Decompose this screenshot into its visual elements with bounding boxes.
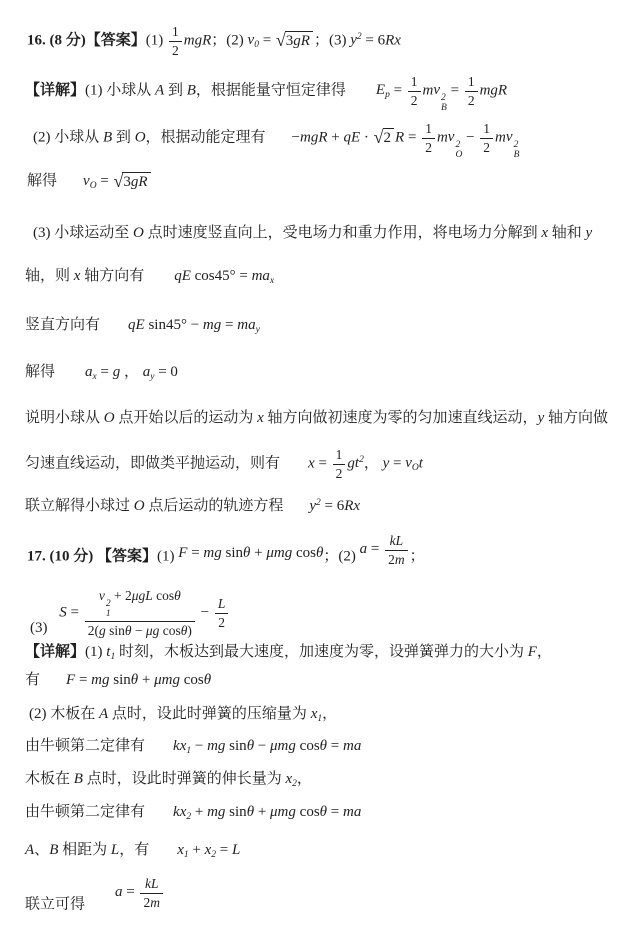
text: (1) <box>157 548 178 564</box>
q17-newton-a-line: 由牛顿第二定律有kx1 − mg sinθ − μmg cosθ = ma <box>25 737 361 758</box>
text: 时刻，木板达到最大速度，加速度为零，设弹簧弹力的大小为 <box>115 644 528 660</box>
text: 2 <box>425 140 432 155</box>
fraction-numerator: L <box>215 596 229 614</box>
math-italic: θ <box>247 804 254 820</box>
text: 1 <box>172 24 179 39</box>
text: ， <box>322 706 337 722</box>
text: 木板在 <box>25 771 74 787</box>
math-variable: v21 <box>99 588 111 603</box>
fraction-denominator: 2m <box>140 894 163 911</box>
fraction-numerator: kL <box>140 876 163 894</box>
fraction: 12 <box>422 121 435 155</box>
math-italic: L <box>232 842 240 858</box>
text: 到 <box>112 129 135 145</box>
text: cos <box>153 588 174 603</box>
radicand: 2 <box>383 128 395 148</box>
fraction: 12 <box>333 447 346 481</box>
text: 2 <box>411 93 418 108</box>
math-italic: F <box>66 672 75 688</box>
math-italic: y <box>586 225 593 241</box>
text: 1 <box>411 74 418 89</box>
fraction: kL2m <box>385 533 408 567</box>
math-italic: kL <box>145 876 159 891</box>
text: = <box>367 541 383 557</box>
radicand: 3gR <box>285 31 313 51</box>
math-italic: mg <box>203 317 221 333</box>
q17-distance-line: A、B 相距为 L，有x1 + x2 = L <box>25 841 240 862</box>
text: = 6 <box>362 32 385 48</box>
text: ， <box>364 455 383 471</box>
math-variable: x2 <box>205 842 216 858</box>
text: − <box>132 623 146 638</box>
math-variable: v2B <box>506 129 519 145</box>
math-variable: x1 <box>311 706 322 722</box>
text: 2 <box>218 615 225 630</box>
fraction-numerator: v21 + 2μgL cosθ <box>85 588 195 622</box>
text: 轴，则 <box>25 268 74 284</box>
math-variable: x1 <box>180 738 191 754</box>
square-root: √3gR <box>276 31 313 51</box>
text: = 6 <box>321 498 344 514</box>
text: (1) <box>85 644 106 660</box>
text: 2 <box>388 552 395 567</box>
math-variable: ax <box>262 268 274 284</box>
text: (2) 木板在 <box>29 706 99 722</box>
math-italic: m <box>395 552 405 567</box>
math-italic: a <box>115 884 123 900</box>
text: 由牛顿第二定律有 <box>25 738 145 754</box>
text: = <box>327 804 343 820</box>
fraction-numerator: 1 <box>422 121 435 139</box>
q17-detail-line1: 【详解】(1) t1 时刻，木板达到最大速度，加速度为零，设弹簧弹力的大小为 F… <box>25 643 552 664</box>
text: = <box>187 545 203 561</box>
text: · <box>360 129 373 145</box>
text: 2 <box>384 130 392 146</box>
text: = <box>75 672 91 688</box>
math-italic: a <box>360 541 368 557</box>
math-italic: mgR <box>480 82 508 98</box>
square-root: √2 <box>374 128 394 148</box>
text: 轴和 <box>548 225 586 241</box>
text: 2 <box>468 93 475 108</box>
text: = <box>447 82 463 98</box>
text: 匀速直线运动，即做类平抛运动，则有 <box>25 455 280 471</box>
text: sin45° − <box>145 317 203 333</box>
text: − <box>462 129 478 145</box>
math-italic: m <box>437 129 448 145</box>
fraction-denominator: 2 <box>408 92 421 109</box>
math-italic: m <box>150 895 160 910</box>
text: (3) 小球运动至 <box>33 225 133 241</box>
q16-detail-energy-line: 【详解】(1) 小球从 A 到 B，根据能量守恒定律得Ep = 12mv2B =… <box>25 74 507 114</box>
math-variable: x2 <box>180 804 191 820</box>
text: 2( <box>88 623 99 638</box>
text: = <box>67 605 83 621</box>
text: = <box>389 455 405 471</box>
fraction-denominator: 2 <box>480 139 493 156</box>
q16-x-axis-eq-line: 轴，则 x 轴方向有qE cos45° = max <box>25 267 274 288</box>
q17-answer-line: 17. (10 分) 【答案】(1) F = mg sinθ + μmg cos… <box>27 540 425 574</box>
text: 由牛顿第二定律有 <box>25 804 145 820</box>
fraction-denominator: 2 <box>169 42 182 59</box>
q17-result-line: 联立可得a = kL2m <box>25 888 165 922</box>
math-variable: Ep <box>376 82 390 98</box>
math-variable: vO <box>405 455 419 471</box>
text: sin <box>222 545 243 561</box>
text: + 2 <box>111 588 132 603</box>
text: (1) 小球从 <box>85 82 155 98</box>
text: 1 <box>336 447 343 462</box>
q17-force-eq-line: 有F = mg sinθ + μmg cosθ <box>25 671 211 690</box>
math-italic: qE <box>128 317 145 333</box>
q16-part3-intro-line: (3) 小球运动至 O 点时速度竖直向上，受电场力和重力作用，将电场力分解到 x… <box>33 224 592 243</box>
text: cos <box>296 804 320 820</box>
math-italic: ma <box>343 804 361 820</box>
math-italic: B <box>74 771 83 787</box>
math-italic: m <box>423 82 434 98</box>
math-italic: gR <box>131 174 148 190</box>
text: + <box>250 545 266 561</box>
text: sin <box>110 672 131 688</box>
fraction-denominator: 2 <box>422 139 435 156</box>
math-italic: mg <box>203 545 221 561</box>
text: = <box>390 82 406 98</box>
q16-y-axis-eq-line: 竖直方向有qE sin45° − mg = may <box>25 316 260 337</box>
text: − <box>292 129 300 145</box>
bold-text: (10 分) <box>50 548 94 564</box>
math-italic: L <box>218 596 226 611</box>
math-italic: qE <box>343 129 360 145</box>
math-variable: t2 <box>355 455 364 471</box>
text: cos <box>296 738 320 754</box>
fraction-numerator: 1 <box>465 74 478 92</box>
q16-trajectory-line: 联立解得小球过 O 点后运动的轨迹方程y2 = 6Rx <box>25 497 360 516</box>
math-italic: Rx <box>385 32 401 48</box>
text: = <box>259 32 275 48</box>
text: ；(2) <box>323 548 359 564</box>
math-variable: v2O <box>448 129 463 145</box>
text: cos <box>292 545 316 561</box>
math-italic: O <box>104 410 115 426</box>
text: ， <box>297 771 312 787</box>
math-variable: y2 <box>309 498 320 514</box>
text: 相距为 <box>58 842 111 858</box>
bold-text: 【详解】 <box>25 82 85 98</box>
text: 点时速度竖直向上，受电场力和重力作用，将电场力分解到 <box>144 225 542 241</box>
fraction-denominator: 2 <box>465 92 478 109</box>
bold-text: 【答案】 <box>97 548 157 564</box>
text: ；(3) <box>314 32 350 48</box>
q17-part2-intro-line: (2) 木板在 A 点时，设此时弹簧的压缩量为 x1， <box>29 705 337 726</box>
math-italic: O <box>133 225 144 241</box>
math-italic: θ <box>174 588 181 603</box>
math-italic: μmg <box>154 672 180 688</box>
math-italic: gR <box>293 33 310 49</box>
text: ，根据动能定理有 <box>146 129 266 145</box>
text: cos <box>180 672 204 688</box>
math-italic: m <box>237 317 248 333</box>
fraction: 12 <box>465 74 478 108</box>
square-root: √3gR <box>114 172 151 192</box>
text: 轴方向有 <box>80 268 144 284</box>
math-italic: mgR <box>184 32 212 48</box>
text: sin <box>225 804 246 820</box>
text: = <box>97 364 113 380</box>
q16-solve-v0-line: 解得vO = √3gR <box>27 172 152 193</box>
text: − <box>191 738 207 754</box>
math-italic: μmg <box>270 804 296 820</box>
math-italic: qE <box>174 268 191 284</box>
math-italic: θ <box>204 672 211 688</box>
math-italic: A <box>155 82 164 98</box>
radicand: 3gR <box>122 172 150 192</box>
text: ， <box>120 364 143 380</box>
math-italic: x <box>308 455 315 471</box>
text: 2 <box>483 140 490 155</box>
fraction: 12 <box>169 24 182 58</box>
text: 联立解得小球过 <box>25 498 134 514</box>
sub-sup-stack: 2B <box>514 141 520 161</box>
fraction-numerator: kL <box>385 533 408 551</box>
text: + <box>254 804 270 820</box>
text: ，根据能量守恒定律得 <box>196 82 346 98</box>
text: 说明小球从 <box>25 410 104 426</box>
document-page: 16. (8 分)【答案】(1) 12mgR；(2) v0 = √3gR；(3)… <box>0 0 643 935</box>
fraction-denominator: 2 <box>215 614 229 631</box>
math-italic: F <box>528 644 537 660</box>
math-italic: mg <box>91 672 109 688</box>
text: ， <box>537 644 552 660</box>
math-variable: ay <box>248 317 260 333</box>
text: − <box>197 605 213 621</box>
math-italic: m <box>495 129 506 145</box>
text: 1 <box>483 121 490 136</box>
math-italic: kL <box>390 533 404 548</box>
math-variable: v2B <box>433 82 446 98</box>
text: 联立可得 <box>25 896 85 912</box>
text: = <box>216 842 232 858</box>
math-italic: μg <box>146 623 160 638</box>
math-italic: mg <box>207 804 225 820</box>
text: ) <box>187 623 192 638</box>
fraction-numerator: 1 <box>169 24 182 42</box>
fraction: kL2m <box>140 876 163 910</box>
text: 竖直方向有 <box>25 317 100 333</box>
math-italic: R <box>395 129 404 145</box>
text: = <box>404 129 420 145</box>
math-variable: v0 <box>248 32 259 48</box>
fraction-numerator: 1 <box>333 447 346 465</box>
text: + <box>189 842 205 858</box>
text: 点开始以后的运动为 <box>115 410 258 426</box>
math-italic: A <box>25 842 34 858</box>
math-italic: B <box>103 129 112 145</box>
text: 有 <box>25 672 40 688</box>
math-italic: L <box>111 842 119 858</box>
math-variable: ay <box>143 364 155 380</box>
text: = 0 <box>154 364 177 380</box>
fraction: v21 + 2μgL cosθ2(g sinθ − μg cosθ) <box>85 588 195 638</box>
math-italic: S <box>59 605 67 621</box>
bold-text: 【详解】 <box>25 644 85 660</box>
q16-motion-desc-line2: 匀速直线运动，即做类平抛运动，则有x = 12gt2， y = vOt <box>25 447 423 481</box>
math-italic: t <box>419 455 423 471</box>
math-italic: θ <box>320 738 327 754</box>
text: 1 <box>468 74 475 89</box>
q16-answer-line: 16. (8 分)【答案】(1) 12mgR；(2) v0 = √3gR；(3)… <box>27 24 401 58</box>
math-variable: vO <box>83 173 97 189</box>
q16-solve-accel-line: 解得ax = g ， ay = 0 <box>25 363 178 384</box>
text: 2 <box>336 466 343 481</box>
text: 、 <box>34 842 49 858</box>
math-italic: μgL <box>132 588 153 603</box>
text: = <box>97 173 113 189</box>
text: 1 <box>425 121 432 136</box>
q17-point-b-line: 木板在 B 点时，设此时弹簧的伸长量为 x2， <box>25 770 312 791</box>
text: ；(2) <box>211 32 247 48</box>
text: 2 <box>172 43 179 58</box>
text: 解得 <box>27 173 57 189</box>
math-italic: μmg <box>266 545 292 561</box>
fraction: 12 <box>408 74 421 108</box>
text: 点后运动的轨迹方程 <box>145 498 284 514</box>
math-variable: ax <box>85 364 97 380</box>
text: + <box>328 129 344 145</box>
q16-motion-desc-line1: 说明小球从 O 点开始以后的运动为 x 轴方向做初速度为零的匀加速直线运动，y … <box>25 409 608 428</box>
q17-newton-b-line: 由牛顿第二定律有kx2 + mg sinθ + μmg cosθ = ma <box>25 803 361 824</box>
text: 到 <box>164 82 187 98</box>
text: (3) <box>30 620 51 636</box>
text: 轴方向做初速度为零的匀加速直线运动， <box>264 410 538 426</box>
math-italic: ma <box>343 738 361 754</box>
math-italic: B <box>187 82 196 98</box>
math-italic: θ <box>247 738 254 754</box>
fraction-numerator: 1 <box>480 121 493 139</box>
math-variable: t1 <box>106 644 115 660</box>
bold-text: (8 分) <box>50 32 86 48</box>
math-italic: mg <box>207 738 225 754</box>
math-italic: k <box>173 738 180 754</box>
bold-text: 【答案】 <box>86 32 146 48</box>
text: (1) <box>146 32 167 48</box>
text: = <box>327 738 343 754</box>
text: sin <box>106 623 125 638</box>
text: + <box>138 672 154 688</box>
math-italic: O <box>135 129 146 145</box>
text: 轴方向做 <box>544 410 608 426</box>
q17-answer-part3-line: (3) S = v21 + 2μgL cosθ2(g sinθ − μg cos… <box>30 588 230 638</box>
math-variable: y2 <box>350 32 361 48</box>
text: (2) 小球从 <box>33 129 103 145</box>
bold-text: 17. <box>27 548 46 564</box>
text: = <box>221 317 237 333</box>
bold-text: 16. <box>27 32 46 48</box>
fraction-denominator: 2m <box>385 551 408 568</box>
text: − <box>254 738 270 754</box>
q16-work-energy-line: (2) 小球从 B 到 O，根据动能定理有−mgR + qE · √2R = 1… <box>33 121 519 161</box>
math-italic: Rx <box>344 498 360 514</box>
text: sin <box>225 738 246 754</box>
math-italic: g <box>99 623 106 638</box>
math-italic: k <box>173 804 180 820</box>
fraction: L2 <box>215 596 229 630</box>
text: cos <box>159 623 180 638</box>
fraction-numerator: 1 <box>408 74 421 92</box>
text: = <box>315 455 331 471</box>
text: 解得 <box>25 364 55 380</box>
math-italic: A <box>99 706 108 722</box>
fraction: 12 <box>480 121 493 155</box>
text: 点时，设此时弹簧的伸长量为 <box>83 771 286 787</box>
math-italic: O <box>134 498 145 514</box>
math-italic: θ <box>316 545 323 561</box>
text: ； <box>410 548 425 564</box>
text: 3 <box>123 174 131 190</box>
text: 点时，设此时弹簧的压缩量为 <box>108 706 311 722</box>
math-italic: m <box>252 268 263 284</box>
fraction-denominator: 2(g sinθ − μg cosθ) <box>85 622 195 639</box>
math-italic: μmg <box>270 738 296 754</box>
math-italic: g <box>347 455 355 471</box>
text: ，有 <box>119 842 149 858</box>
math-italic: θ <box>320 804 327 820</box>
math-variable: x2 <box>285 771 296 787</box>
text: = <box>123 884 139 900</box>
fraction-denominator: 2 <box>333 465 346 482</box>
math-italic: x <box>257 410 264 426</box>
math-italic: mgR <box>300 129 328 145</box>
text: cos45° = <box>191 268 252 284</box>
math-italic: θ <box>125 623 132 638</box>
math-variable: x1 <box>177 842 188 858</box>
text: + <box>191 804 207 820</box>
math-italic: B <box>49 842 58 858</box>
